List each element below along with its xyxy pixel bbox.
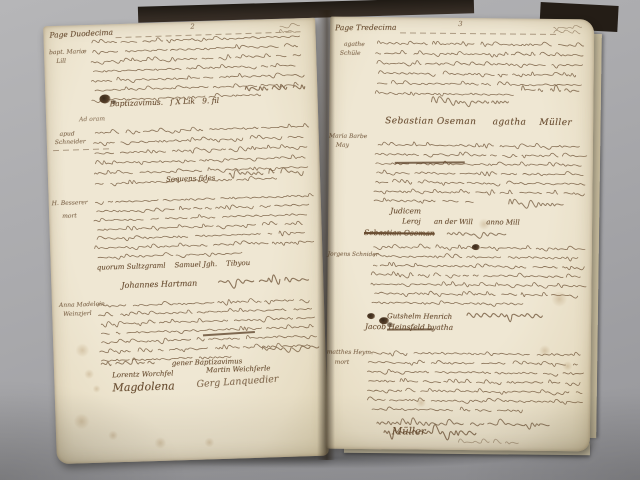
manuscript-page-left: Page Duodecima 2 bapt. Mariæ Lill apud S… — [43, 18, 329, 464]
signature-flourish — [228, 164, 307, 188]
signature-flourish — [442, 226, 514, 243]
entry-line-gutshelm: Gutshelm Henrich — [387, 313, 452, 321]
corner-scribble — [550, 24, 582, 36]
page-header-script: Page Tredecima — [335, 24, 396, 32]
crossed-out-word — [387, 328, 433, 330]
manuscript-scan: Page Duodecima 2 bapt. Mariæ Lill apud S… — [0, 0, 640, 480]
margin-note: Schneider — [55, 139, 86, 146]
stain — [551, 291, 567, 307]
signature-gerg: Gerg Lanquedier — [196, 375, 279, 390]
entry-line-ad: Ad oram — [79, 116, 105, 123]
entry-heading-names: Sebastian Oseman agatha Müller — [385, 117, 572, 128]
margin-note: Schüle — [340, 51, 361, 57]
priest-signature-flourish — [243, 76, 310, 106]
stain — [478, 218, 490, 230]
margin-note: Weinzjerl — [63, 311, 92, 318]
entry-line-judicem: Judicem — [390, 207, 421, 215]
margin-note: mort — [335, 360, 350, 366]
stain — [154, 437, 166, 449]
stain — [75, 343, 89, 357]
entry-line-baptizavit: Baptizavimus. ſ X Lik 9. fil — [110, 97, 220, 108]
stain — [108, 430, 118, 440]
stain — [84, 369, 94, 379]
crossed-out-entry: Sebastian Oseman — [364, 229, 435, 237]
margin-note: May — [336, 143, 349, 149]
manuscript-page-right: Page Tredecima 3 agathe Schüle Maria Bar… — [326, 17, 595, 452]
priest-signature-flourish — [256, 340, 314, 358]
margin-note: mort — [62, 213, 77, 219]
margin-note: H. Besserer — [52, 200, 88, 207]
signature-flourish — [99, 355, 165, 371]
priest-signature-flourish — [461, 304, 543, 325]
page-gutter-shadow — [317, 10, 335, 460]
stain — [416, 398, 426, 408]
stain — [539, 345, 551, 357]
witness-name: Martin Weichſerle — [206, 365, 271, 374]
header-rule — [400, 32, 560, 35]
margin-note: agathe — [344, 42, 365, 48]
witness-name: Lorentz Worchfel — [112, 370, 173, 379]
signature-magdolena: Magdolena — [112, 380, 175, 393]
stain — [204, 437, 214, 447]
margin-note: apud — [60, 131, 75, 137]
priest-signature-flourish — [517, 83, 579, 100]
folio-number: 2 — [190, 24, 195, 31]
signature-flourish — [215, 268, 308, 297]
ink-blot — [367, 313, 375, 319]
entry-paragraph — [366, 347, 585, 415]
folio-number: 3 — [458, 21, 463, 28]
margin-note: bapt. Mariæ — [49, 49, 87, 56]
witness-signature-hartman: Johannes Hartman — [121, 280, 197, 290]
faint-signature-flourish — [454, 436, 520, 450]
signature-flourish — [427, 94, 515, 113]
stain — [563, 361, 573, 371]
margin-note: Lill — [56, 59, 66, 65]
ink-blot — [387, 322, 393, 327]
entry-paragraph — [92, 190, 314, 263]
ink-blot — [472, 244, 480, 250]
stain — [73, 413, 89, 429]
signature-flourish — [504, 196, 570, 211]
stain — [92, 385, 100, 393]
entry-line-jacob: Jacob Heinsfeld byatha — [365, 323, 453, 331]
